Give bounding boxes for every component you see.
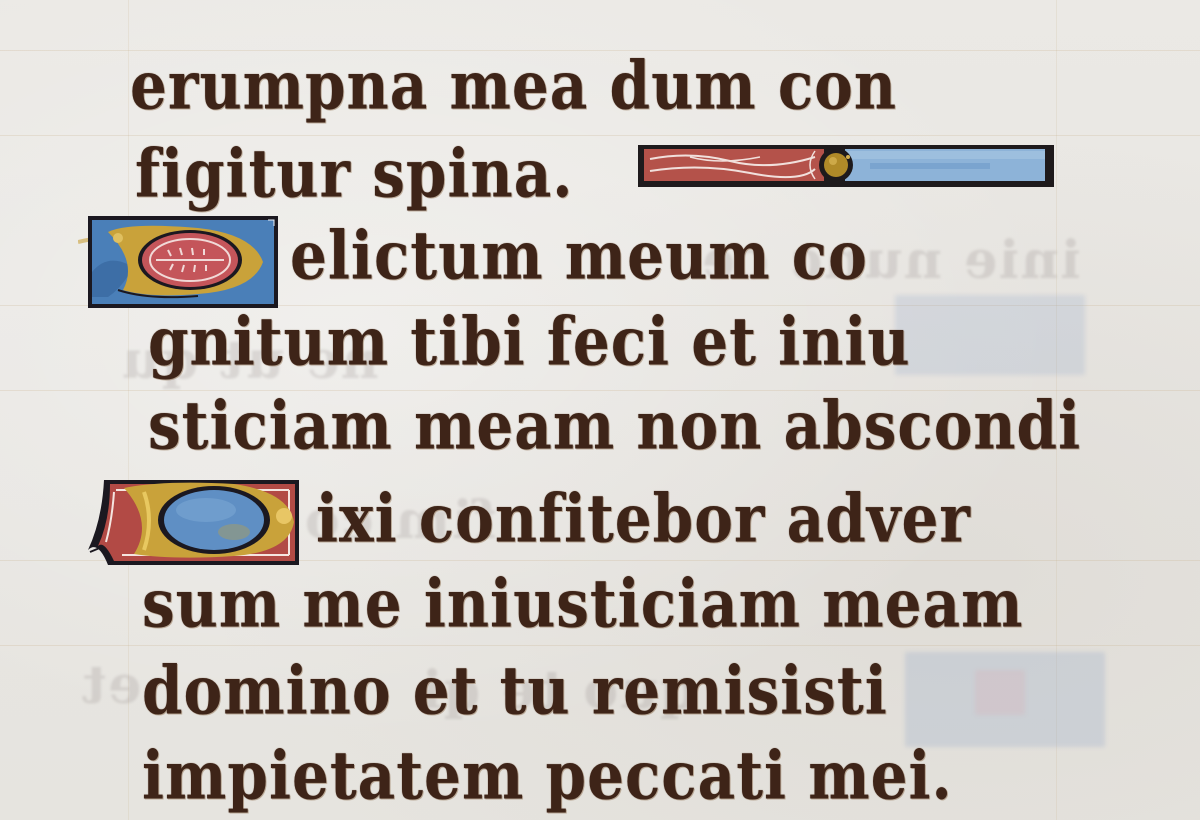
text-line-4: gnitum tibi feci et iniu xyxy=(148,308,911,375)
bleed-through-initial xyxy=(975,670,1025,715)
illuminated-initial-d-dixi xyxy=(84,470,309,570)
show-through-text: et xyxy=(80,655,141,716)
text-line-9: impietatem peccati mei. xyxy=(142,742,953,809)
text-line-8: domino et tu remisisti xyxy=(142,657,888,724)
text-line-6: ixi confitebor adver xyxy=(316,485,971,552)
text-line-2: figitur spina. xyxy=(135,140,573,207)
bleed-through-initial xyxy=(895,295,1085,375)
text-line-1: erumpna mea dum con xyxy=(130,52,897,119)
text-line-5: sticiam meam non abscondi xyxy=(148,392,1081,459)
illuminated-initial-d-delictum xyxy=(78,212,283,314)
ruling-line xyxy=(0,645,1200,646)
line-filler xyxy=(630,135,1060,195)
text-line-7: sum me iniusticiam meam xyxy=(142,570,1023,637)
text-line-3: elictum meum co xyxy=(290,222,868,289)
